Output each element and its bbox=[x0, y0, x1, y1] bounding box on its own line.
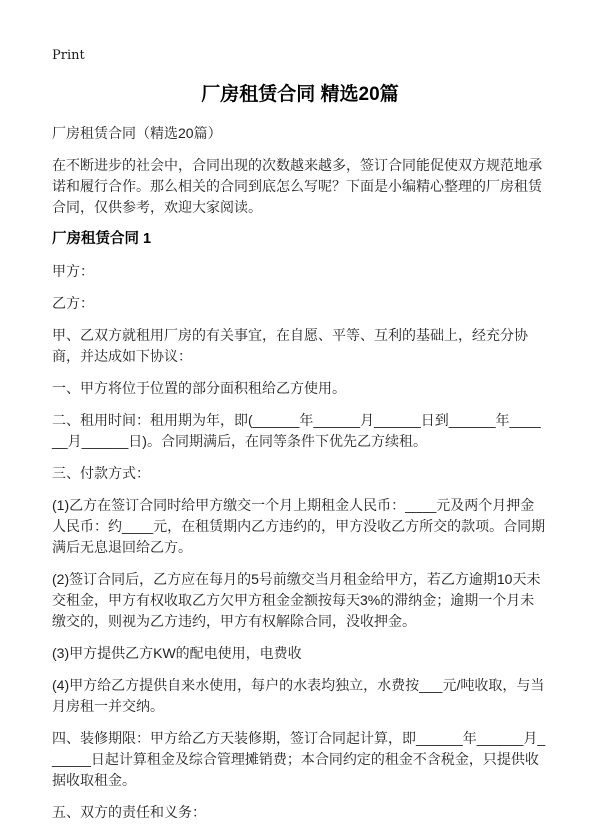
document-title: 厂房租赁合同 精选20篇 bbox=[52, 83, 548, 106]
clause-4-renovation-period: 四、装修期限：甲方给乙方天装修期，签订合同起计算，即______年______月… bbox=[52, 728, 548, 791]
section-1-heading: 厂房租赁合同 1 bbox=[52, 229, 548, 250]
clause-party-a: 甲方： bbox=[52, 261, 548, 282]
document-subtitle: 厂房租赁合同（精选20篇） bbox=[52, 123, 548, 144]
clause-3-item-1-rent-deposit: (1)乙方在签订合同时给甲方缴交一个月上期租金人民币：____元及两个月押金人民… bbox=[52, 495, 548, 558]
intro-paragraph: 在不断进步的社会中，合同出现的次数越来越多，签订合同能促使双方规范地承诺和履行合… bbox=[52, 155, 548, 218]
print-link[interactable]: Print bbox=[52, 48, 85, 63]
contract-document-page: Print 厂房租赁合同 精选20篇 厂房租赁合同（精选20篇） 在不断进步的社… bbox=[0, 0, 600, 828]
clause-agreement-basis: 甲、乙双方就租用厂房的有关事宜，在自愿、平等、互利的基础上，经充分协商，并达成如… bbox=[52, 325, 548, 367]
clause-3-payment-method: 三、付款方式： bbox=[52, 463, 548, 484]
clause-3-item-4-water: (4)甲方给乙方提供自来水使用，每户的水表均独立，水费按___元/吨收取，与当月… bbox=[52, 675, 548, 717]
clause-party-b: 乙方： bbox=[52, 293, 548, 314]
clause-5-responsibilities: 五、双方的责任和义务： bbox=[52, 802, 548, 823]
clause-2-lease-term: 二、租用时间：租用期为年，即(______年______月______日到___… bbox=[52, 410, 548, 452]
clause-3-item-2-late-fee: (2)签订合同后，乙方应在每月的5号前缴交当月租金给甲方，若乙方逾期10天未交租… bbox=[52, 569, 548, 632]
clause-1-premises: 一、甲方将位于位置的部分面积租给乙方使用。 bbox=[52, 378, 548, 399]
clause-3-item-3-electricity: (3)甲方提供乙方KW的配电使用，电费收 bbox=[52, 643, 548, 664]
